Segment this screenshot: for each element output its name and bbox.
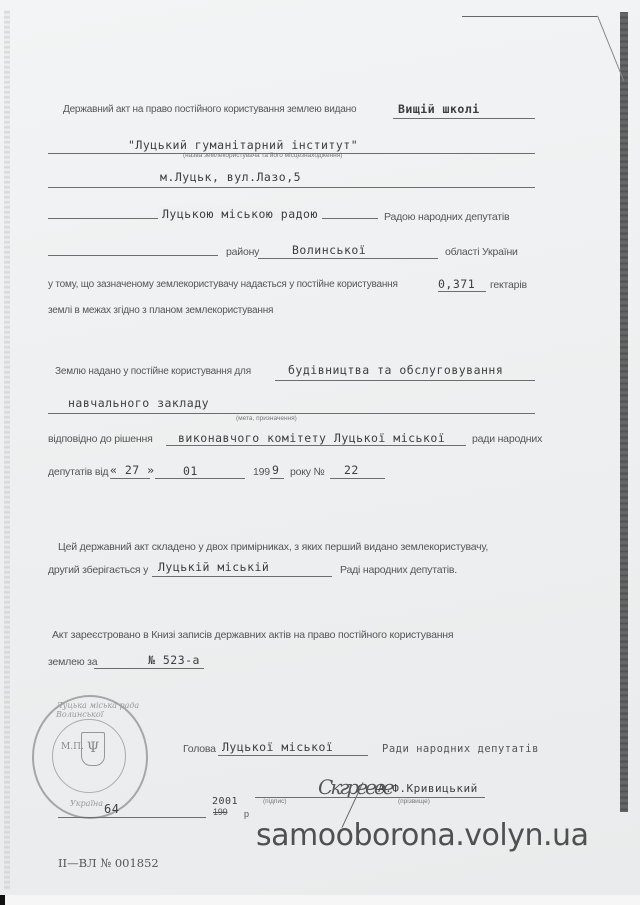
stamp-text-top: Луцька міська рада Волинської bbox=[56, 701, 146, 719]
underline bbox=[393, 118, 535, 119]
recipient-line2: "Луцький гуманітарний інститут" bbox=[128, 138, 358, 152]
underline bbox=[48, 413, 535, 414]
scan-bottom-strip bbox=[0, 895, 640, 905]
boundaries-text: землі в межах згідно з планом землекорис… bbox=[48, 305, 273, 316]
registered-number: № 523-а bbox=[148, 653, 200, 667]
underline bbox=[166, 445, 466, 446]
recipient-line1: Вищій школі bbox=[398, 102, 480, 116]
area-text: у тому, що зазначеному землекористувачу … bbox=[48, 279, 398, 290]
year-label: року № bbox=[290, 466, 325, 478]
purpose-line1: будівництва та обслуговування bbox=[288, 363, 503, 377]
underline bbox=[275, 380, 535, 381]
signature-caption: (підпис) bbox=[263, 798, 287, 805]
underline bbox=[255, 797, 485, 798]
decision-month: 01 bbox=[183, 464, 198, 478]
year-digit: 9 bbox=[272, 463, 279, 477]
scan-right-border bbox=[620, 12, 628, 812]
underline bbox=[58, 817, 206, 818]
surname-caption: (прізвище) bbox=[398, 798, 430, 805]
scan-left-edge bbox=[4, 10, 10, 890]
decision-number: 22 bbox=[344, 463, 359, 477]
head-typed: Луцької міської bbox=[222, 740, 333, 754]
stamp-text-bottom: Україна bbox=[70, 799, 103, 808]
year-prefix: 199 bbox=[253, 466, 270, 478]
underline bbox=[330, 478, 385, 479]
decorative-line bbox=[462, 16, 597, 17]
stamp-inner-ring: М.П. Ψ bbox=[52, 719, 126, 793]
decision-label: відповідно до рішення bbox=[48, 433, 153, 445]
date-year-handwritten: 2001 bbox=[212, 796, 238, 807]
underline bbox=[152, 576, 332, 577]
underline bbox=[438, 291, 486, 292]
underline bbox=[48, 187, 535, 188]
underline bbox=[48, 255, 218, 256]
council-typed: Луцькою міською радою bbox=[158, 207, 322, 221]
district-label: району bbox=[226, 246, 259, 258]
intro-label: Державний акт на право постійного корист… bbox=[63, 104, 356, 115]
underline bbox=[94, 668, 204, 669]
date-suffix: р bbox=[244, 809, 249, 819]
deputies-from: депутатів від bbox=[48, 466, 108, 478]
date-day: 64 bbox=[104, 802, 119, 816]
head-label: Голова bbox=[183, 743, 216, 755]
region-label: області України bbox=[445, 246, 518, 258]
underline bbox=[270, 478, 284, 479]
signer-name: А.Ф.Кривицький bbox=[378, 782, 478, 795]
underline bbox=[218, 755, 368, 756]
underline bbox=[110, 478, 150, 479]
second-copy-suffix: Раді народних депутатів. bbox=[340, 564, 457, 576]
purpose-line2: навчального закладу bbox=[68, 396, 209, 410]
copies-text: Цей державний акт складено у двох примір… bbox=[58, 541, 488, 553]
head-suffix: Ради народних депутатів bbox=[382, 743, 539, 755]
watermark: samooborona.volyn.ua bbox=[256, 818, 588, 853]
area-value: 0,371 bbox=[438, 277, 475, 291]
council-label: Радою народних депутатів bbox=[384, 211, 509, 223]
second-copy-typed: Луцькій міській bbox=[158, 560, 269, 574]
decision-typed: виконавчого комітету Луцької міської bbox=[178, 431, 445, 445]
document-page: Державний акт на право постійного корист… bbox=[0, 0, 640, 895]
decision-day: « 27 » bbox=[110, 463, 155, 477]
purpose-caption: (мета, призначення) bbox=[236, 415, 297, 422]
serial-number: II—ВЛ № 001852 bbox=[58, 856, 159, 870]
underline bbox=[258, 258, 438, 259]
underline bbox=[155, 478, 245, 479]
date-year-printed: 199 bbox=[213, 807, 227, 817]
registered-text: Акт зареєстровано в Книзі записів держав… bbox=[52, 629, 453, 641]
registered-label: землею за bbox=[48, 656, 97, 668]
address: м.Луцьк, вул.Лазо,5 bbox=[160, 170, 301, 184]
coat-of-arms-icon: Ψ bbox=[81, 732, 105, 766]
purpose-label: Землю надано у постійне користування для bbox=[55, 366, 251, 377]
area-unit: гектарів bbox=[490, 279, 527, 291]
recipient-caption: (назва землекористувача та його місцезна… bbox=[183, 152, 342, 159]
region-typed: Волинської bbox=[292, 243, 366, 257]
decision-suffix: ради народних bbox=[472, 433, 542, 445]
official-seal: Луцька міська рада Волинської М.П. Ψ Укр… bbox=[32, 695, 148, 819]
second-copy-label: другий зберігається у bbox=[48, 564, 148, 576]
